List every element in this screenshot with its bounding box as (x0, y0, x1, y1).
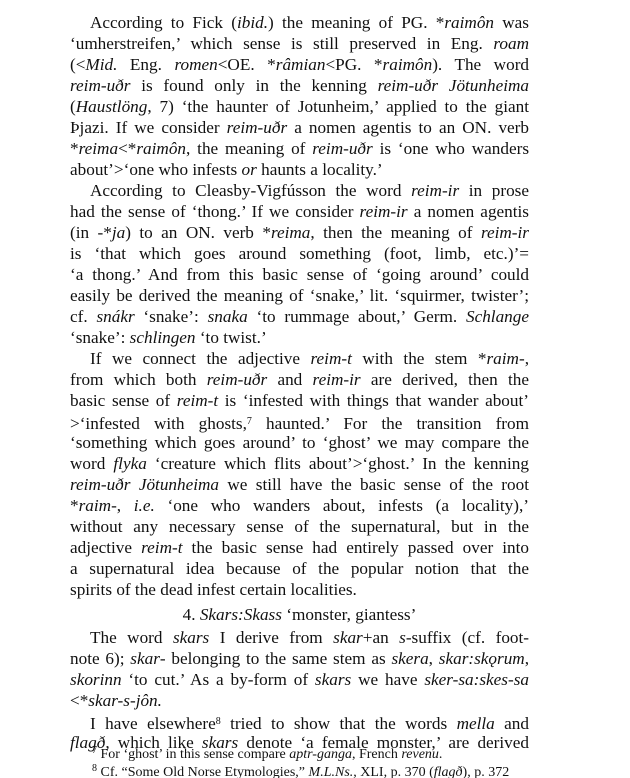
text-line: According to Fick (ibid.) the meaning of… (90, 12, 529, 33)
text-line: ‘umherstreifen,’ which sense is still pr… (70, 33, 529, 54)
text-line: without any necessary sense of the super… (70, 516, 529, 537)
text-line: According to Cleasby-Vigfússon the word … (90, 180, 529, 201)
text-line: reim-uðr is found only in the kenning re… (70, 75, 529, 96)
text-line: ‘snake’: schlingen ‘to twist.’ (70, 327, 529, 348)
text-line: (in -*ja) to an ON. verb *reima, then th… (70, 222, 529, 243)
text-line: skorinn ‘to cut.’ As a by-form of skars … (70, 669, 529, 690)
text-line: basic sense of reim-t is ‘infested with … (70, 390, 529, 411)
text-line: spirits of the dead infest certain local… (70, 579, 529, 600)
text-line: The word skars I derive from skar+an s-s… (90, 627, 529, 648)
text-line: from which both reim-uðr and reim-ir are… (70, 369, 529, 390)
text-line: about’>‘one who infests or haunts a loca… (70, 159, 529, 180)
text-line: <*skar-s-jôn. (70, 690, 529, 711)
footnote: 8 Cf. “Some Old Norse Etymologies,” M.L.… (92, 760, 509, 778)
text-line: cf. snákr ‘snake’: snaka ‘to rummage abo… (70, 306, 529, 327)
text-line: easily be derived the meaning of ‘snake,… (70, 285, 529, 306)
text-line: adjective reim-t the basic sense had ent… (70, 537, 529, 558)
text-line: (<Mid. Eng. romen<OE. *râmian<PG. *raimô… (70, 54, 529, 75)
text-line: word flyka ‘creature which flits about’>… (70, 453, 529, 474)
text-line: Þjazi. If we consider reim-uðr a nomen a… (70, 117, 529, 138)
text-line: is ‘that which goes around something (fo… (70, 243, 529, 264)
text-line: had the sense of ‘thong.’ If we consider… (70, 201, 529, 222)
text-line: (Haustlöng, 7) ‘the haunter of Jotunheim… (70, 96, 529, 117)
text-line: reim-uðr Jötunheima we still have the ba… (70, 474, 529, 495)
text-line: If we connect the adjective reim-t with … (90, 348, 529, 369)
text-line: >‘infested with ghosts,7 haunted.’ For t… (70, 411, 529, 432)
text-line: a supernatural idea because of the popul… (70, 558, 529, 579)
text-line: ‘a thong.’ And from this basic sense of … (70, 264, 529, 285)
section-heading: 4. Skars:Skass ‘monster, giantess’ (70, 604, 529, 625)
text-line: note 6); skar- belonging to the same ste… (70, 648, 529, 669)
text-line: *raim-, i.e. ‘one who wanders about, inf… (70, 495, 529, 516)
text-line: I have elsewhere8 tried to show that the… (90, 711, 529, 732)
text-line: *reima<*raimôn, the meaning of reim-uðr … (70, 138, 529, 159)
document-page: According to Fick (ibid.) the meaning of… (0, 0, 630, 778)
text-line: ‘something which goes around’ to ‘ghost’… (70, 432, 529, 453)
